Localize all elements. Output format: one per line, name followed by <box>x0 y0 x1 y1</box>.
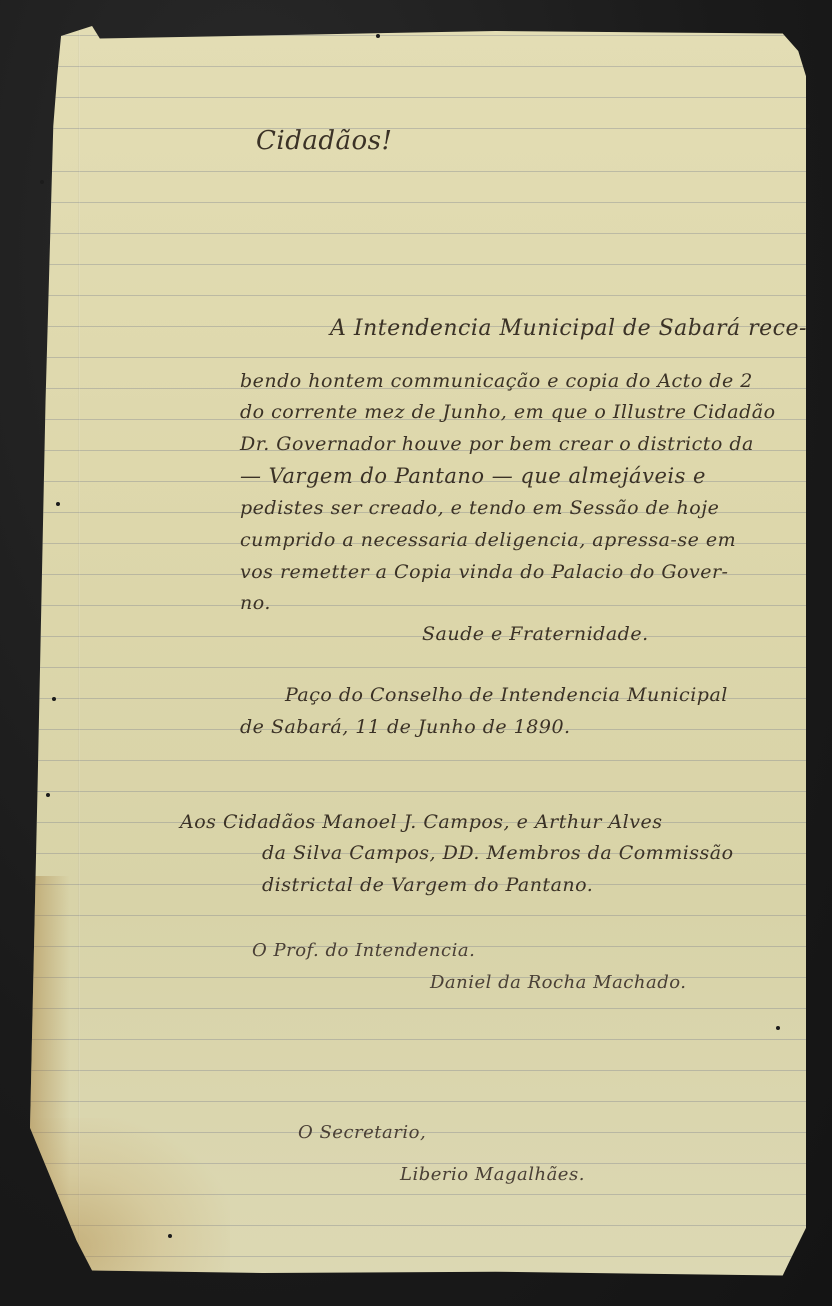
worm-hole <box>168 1234 172 1238</box>
salutation: Cidadãos! <box>256 126 392 156</box>
secretary-name: Liberio Magalhães. <box>400 1164 585 1185</box>
signatory-title: O Prof. do Intendencia. <box>252 940 475 961</box>
worm-hole <box>46 793 50 797</box>
body-line-9: no. <box>240 592 271 614</box>
addressee-line-3: districtal de Vargem do Pantano. <box>262 874 593 896</box>
body-line-8: vos remetter a Copia vinda do Palacio do… <box>240 561 728 583</box>
document-page: Cidadãos! A Intendencia Municipal de Sab… <box>30 26 806 1278</box>
body-line-2: bendo hontem communicação e copia do Act… <box>240 370 753 392</box>
body-line-5: — Vargem do Pantano — que almejáveis e <box>240 464 706 488</box>
worm-hole <box>56 502 60 506</box>
addressee-line-2: da Silva Campos, DD. Membros da Commissã… <box>262 842 734 864</box>
worm-hole <box>776 1026 780 1030</box>
body-line-4: Dr. Governador houve por bem crear o dis… <box>240 433 754 455</box>
fold-crease <box>78 26 80 1278</box>
addressee-line-1: Aos Cidadãos Manoel J. Campos, e Arthur … <box>180 811 662 833</box>
closing-line: Saude e Fraternidade. <box>422 623 649 645</box>
signatory-name: Daniel da Rocha Machado. <box>430 972 686 993</box>
body-line-1: A Intendencia Municipal de Sabará rece- <box>330 316 806 341</box>
secretary-title: O Secretario, <box>298 1122 426 1143</box>
place-line-1: Paço do Conselho de Intendencia Municipa… <box>285 684 728 706</box>
body-line-7: cumprido a necessaria deligencia, apress… <box>240 529 736 551</box>
worm-hole <box>40 180 44 184</box>
body-line-6: pedistes ser creado, e tendo em Sessão d… <box>240 497 719 519</box>
place-line-2: de Sabará, 11 de Junho de 1890. <box>240 716 571 738</box>
worm-hole <box>806 124 810 128</box>
worm-hole <box>376 34 380 38</box>
worm-hole <box>52 697 56 701</box>
body-line-3: do corrente mez de Junho, em que o Illus… <box>240 401 776 423</box>
